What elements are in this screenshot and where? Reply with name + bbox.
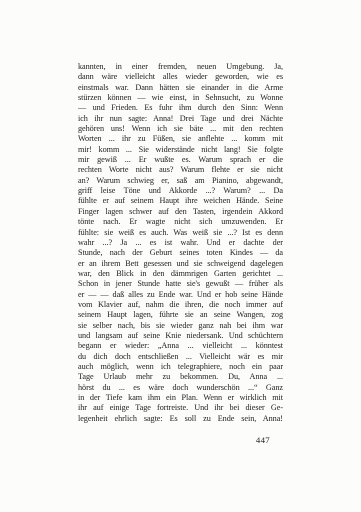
text-line: in der Tiefe kam ihm ein Plan. Wenn er w…: [78, 393, 283, 403]
text-line: Stunde, nach der Geburt seines toten Kin…: [78, 248, 283, 258]
text-line: mir gewiß ... Er wußte es. Warum sprach …: [78, 155, 283, 165]
text-line: Worten ... ihr zu Füßen, sie anflehte ..…: [78, 134, 283, 144]
text-line: vom Klavier auf, nahm die ihren, die noc…: [78, 300, 283, 310]
text-line: er — — daß alles zu Ende war. Und er hob…: [78, 290, 283, 300]
text-line: und langsam auf seine Knie niedersank. U…: [78, 331, 283, 341]
text-line: griff leise Töne und Akkorde ...? Warum?…: [78, 186, 283, 196]
text-line: Finger lagen schwer auf den Tasten, irge…: [78, 207, 283, 217]
text-line: er an ihrem Bett gesessen und sie schwei…: [78, 259, 283, 269]
page-number: 447: [78, 435, 283, 446]
text-line: einstmals war. Dann hätten sie einander …: [78, 83, 283, 93]
text-line: Schon in jener Stunde hatte sie's gewußt…: [78, 279, 283, 289]
text-line: Tage Urlaub mehr zu bekommen. Du, Anna .…: [78, 372, 283, 382]
text-line: tönte nach. Er wagte nicht sich umzuwend…: [78, 217, 283, 227]
text-line: mir! komm ... Sie widerstände nicht lang…: [78, 145, 283, 155]
text-line: fühlte er auf seinem Haupt ihre weichen …: [78, 196, 283, 206]
text-line: war, den Blick in den dämmrigen Garten g…: [78, 269, 283, 279]
text-line: dann wäre vielleicht alles wieder geword…: [78, 72, 283, 82]
text-line: begann er wieder: „Anna ... vielleicht .…: [78, 341, 283, 351]
text-line: auch möglich, wenn ich telegraphiere, no…: [78, 362, 283, 372]
text-line: — und Frieden. Es fuhr ihm durch den Sin…: [78, 103, 283, 113]
text-line: stürzen können — wie einst, in Sehnsucht…: [78, 93, 283, 103]
text-line: ich ihr nun sagte: Anna! Drei Tage und d…: [78, 114, 283, 124]
text-line: du dich doch entschließen ... Vielleicht…: [78, 352, 283, 362]
text-line: gehören uns! Wenn ich sie bäte ... mit d…: [78, 124, 283, 134]
text-line: legenheit ehrlich sagte: Es soll zu Ende…: [78, 414, 283, 424]
text-line: fühlte: sie weiß es auch. Was weiß sie .…: [78, 228, 283, 238]
text-line: an? Warum schwieg er, saß am Pianino, ab…: [78, 176, 283, 186]
text-line: rechten Worte nicht aus? Warum flehte er…: [78, 165, 283, 175]
text-line: ihr auf einige Tage fortreiste. Und ihr …: [78, 403, 283, 413]
text-line: wahr ...? Ja ... es ist wahr. Und er dac…: [78, 238, 283, 248]
text-line: sie selber nach, bis sie wieder ganz nah…: [78, 321, 283, 331]
body-text: kannten, in einer fremden, neuen Umgebun…: [78, 62, 283, 424]
text-line: seinem Haupt lagen, führte sie an seine …: [78, 310, 283, 320]
book-page: kannten, in einer fremden, neuen Umgebun…: [0, 0, 361, 512]
text-line: kannten, in einer fremden, neuen Umgebun…: [78, 62, 283, 72]
text-line: hörst du ... es wäre doch wunderschön ..…: [78, 383, 283, 393]
